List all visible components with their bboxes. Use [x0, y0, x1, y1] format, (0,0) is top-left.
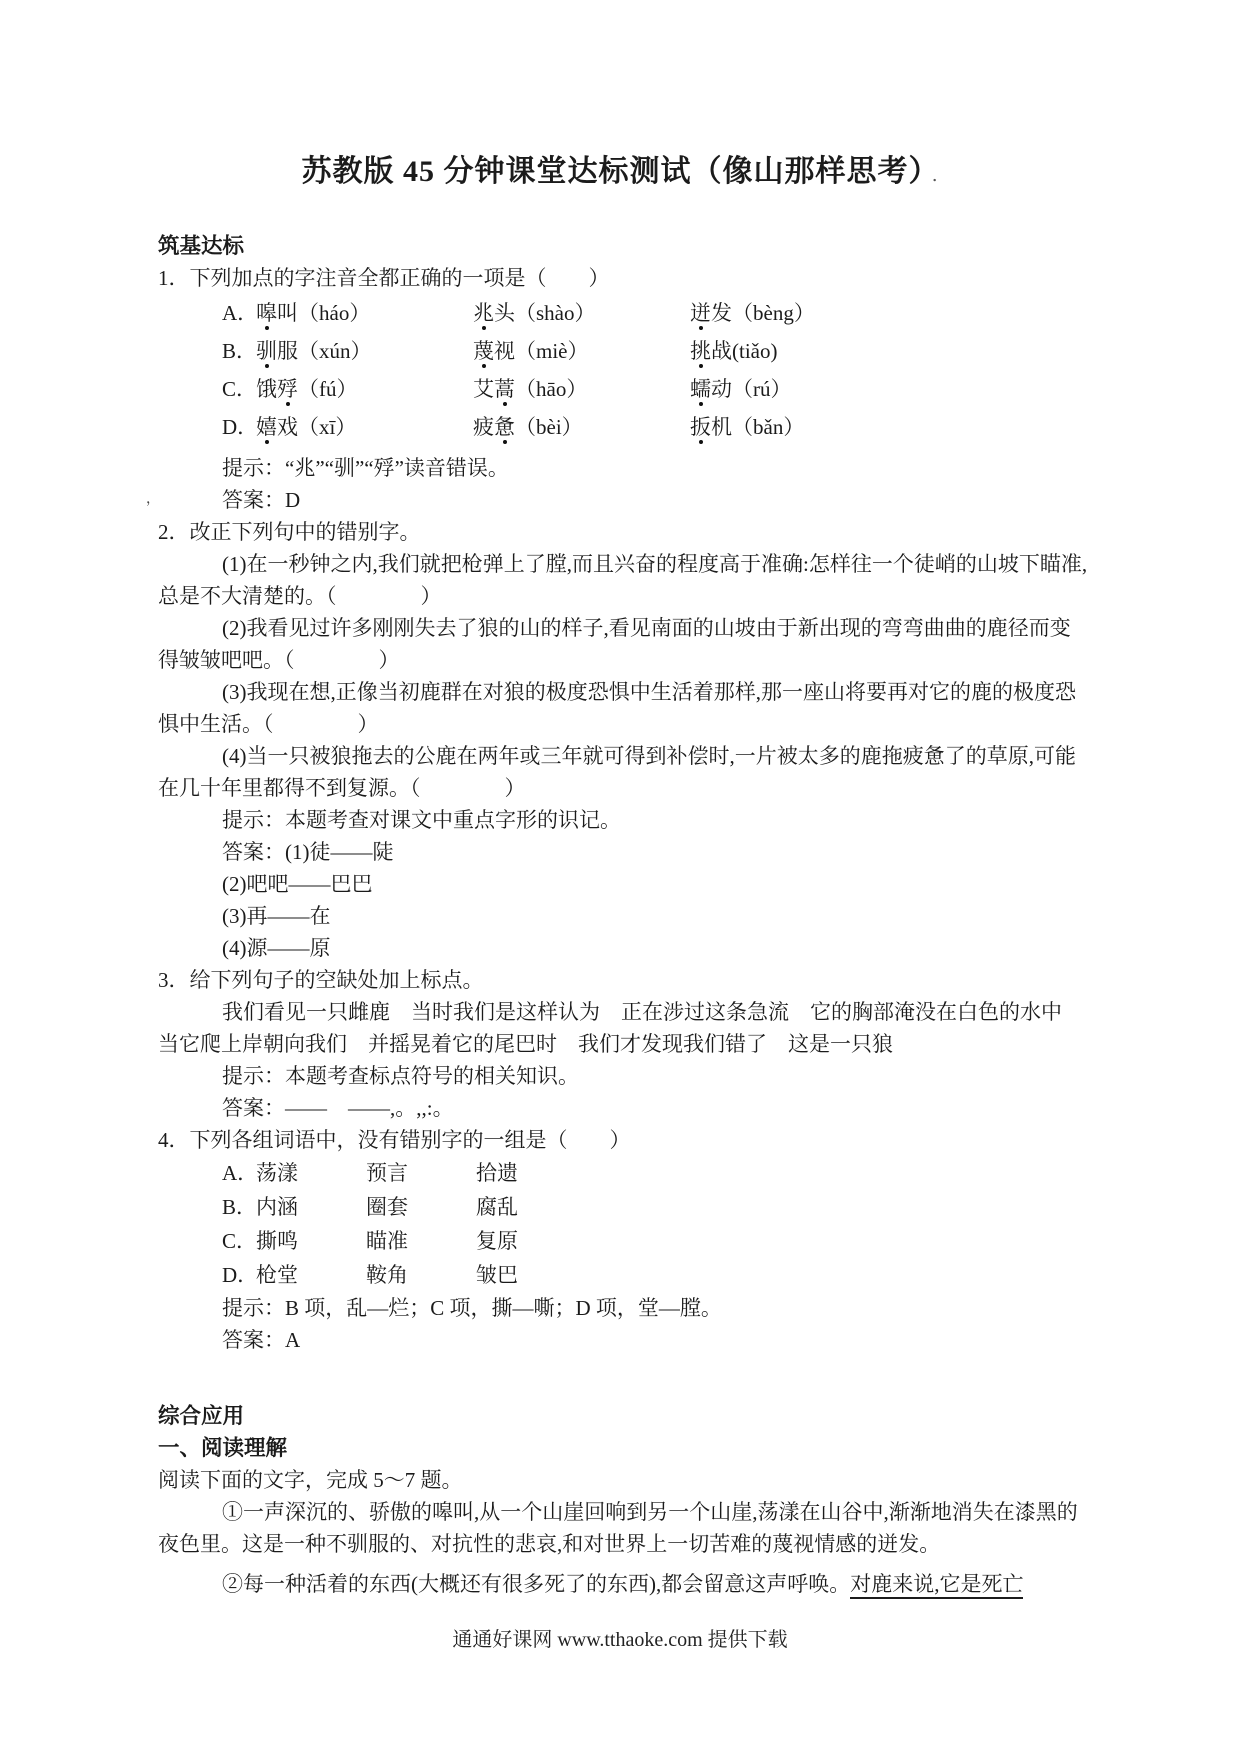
word-pinyin: （xún）	[298, 339, 372, 363]
word-pinyin: （rú）	[732, 377, 792, 401]
dotted-char: 惫	[494, 415, 515, 439]
word-post: 视	[494, 339, 515, 363]
reading-paragraph-1: ①一声深沉的、骄傲的嗥叫,从一个山崖回响到另一个山崖,荡漾在山谷中,渐渐地消失在…	[158, 1496, 1090, 1560]
q2-item-1: (1)在一秒钟之内,我们就把枪弹上了膛,而且兴奋的程度高于准确:怎样往一个徒峭的…	[158, 548, 1090, 612]
option-label: C．	[222, 370, 256, 408]
q4-answer: 答案：A	[158, 1324, 1090, 1356]
option-word: 腐乱	[476, 1190, 586, 1224]
dotted-char: 蔑	[473, 339, 494, 363]
dotted-char: 蠕	[690, 377, 711, 401]
word-post: 头	[494, 301, 515, 325]
page-title: 苏教版 45 分钟课堂达标测试（像山那样思考）．	[158, 150, 1090, 200]
word-pinyin: （fú）	[298, 377, 358, 401]
option-word: 嗥叫（háo）	[256, 294, 473, 332]
option-word: 疲惫（bèi）	[473, 408, 690, 446]
option-label: B．	[222, 332, 256, 370]
option-word: 嬉戏（xī）	[256, 408, 473, 446]
stray-dot: ．	[933, 170, 947, 185]
stray-comma: ，	[146, 484, 160, 516]
word-pinyin: （hāo）	[515, 377, 587, 401]
word-pinyin: （shào）	[515, 301, 596, 325]
word-pinyin: （bǎn）	[732, 415, 804, 439]
option-word: 复原	[476, 1224, 586, 1258]
option-word: 兆头（shào）	[473, 294, 690, 332]
underlined-text: 对鹿来说,它是死亡	[850, 1572, 1023, 1599]
option-word: 艾蒿（hāo）	[473, 370, 690, 408]
q2-stem: 2．改正下列句中的错别字。	[158, 516, 1090, 548]
option-word: 瞄准	[366, 1224, 476, 1258]
word-pinyin: （háo）	[298, 301, 370, 325]
reading-comprehension-heading: 一、阅读理解	[158, 1432, 1090, 1464]
option-label: A．	[222, 294, 256, 332]
q4-option-d: D． 枪堂 鞍角 皱巴	[158, 1258, 1090, 1292]
word-post: 叫	[277, 301, 298, 325]
q3-answer: 答案：—— ——,。,,:。	[158, 1092, 1090, 1124]
word-post: 机	[711, 415, 732, 439]
word-post: 戏	[277, 415, 298, 439]
option-word: 饿殍（fú）	[256, 370, 473, 408]
q3-stem: 3．给下列句子的空缺处加上标点。	[158, 964, 1090, 996]
q2-item-2: (2)我看见过许多刚刚失去了狼的山的样子,看见南面的山坡由于新出现的弯弯曲曲的鹿…	[158, 612, 1090, 676]
q2-hint: 提示：本题考查对课文中重点字形的识记。	[158, 804, 1090, 836]
option-word: 蔑视（miè）	[473, 332, 690, 370]
option-word: 撕鸣	[256, 1224, 366, 1258]
dotted-char: 扳	[690, 415, 711, 439]
option-word: 扳机（bǎn）	[690, 408, 1090, 446]
word-post: 战	[711, 339, 732, 363]
option-label: A．	[222, 1156, 256, 1190]
q1-hint: 提示：“兆”“驯”“殍”读音错误。	[158, 452, 1090, 484]
q4-option-a: A． 荡漾 预言 拾遗	[158, 1156, 1090, 1190]
dotted-char: 殍	[277, 377, 298, 401]
reading-paragraph-2: ②每一种活着的东西(大概还有很多死了的东西),都会留意这声呼唤。对鹿来说,它是死…	[158, 1568, 1090, 1600]
word-pinyin: （bèi）	[515, 415, 583, 439]
q1-options: A． 嗥叫（háo） 兆头（shào） 迸发（bèng） B． 驯服（xún） …	[158, 294, 1090, 446]
option-word: 驯服（xún）	[256, 332, 473, 370]
dotted-char: 驯	[256, 339, 277, 363]
option-word: 预言	[366, 1156, 476, 1190]
word-post: 服	[277, 339, 298, 363]
page-footer: 通通好课网 www.tthaoke.com 提供下载	[0, 1626, 1240, 1654]
word-pinyin: （xī）	[298, 415, 356, 439]
q4-option-b: B． 内涵 圈套 腐乱	[158, 1190, 1090, 1224]
option-label: D．	[222, 1258, 256, 1292]
dotted-char: 迸	[690, 301, 711, 325]
q2-answer-2: (2)吧吧——巴巴	[158, 868, 1090, 900]
q2-item-3: (3)我现在想,正像当初鹿群在对狼的极度恐惧中生活着那样,那一座山将要再对它的鹿…	[158, 676, 1090, 740]
word-pinyin: (tiǎo)	[732, 339, 777, 363]
option-word: 圈套	[366, 1190, 476, 1224]
q1-answer: ，答案：D	[158, 484, 1090, 516]
q4-hint: 提示：B 项，乱—烂；C 项，撕—嘶；D 项，堂—膛。	[158, 1292, 1090, 1324]
option-word: 蠕动（rú）	[690, 370, 1090, 408]
option-word: 鞍角	[366, 1258, 476, 1292]
word-post: 动	[711, 377, 732, 401]
word-pre: 饿	[256, 377, 277, 401]
section-heading-zonghe-yingyong: 综合应用	[158, 1400, 1090, 1432]
q1-option-d: D． 嬉戏（xī） 疲惫（bèi） 扳机（bǎn）	[158, 408, 1090, 446]
option-word: 拾遗	[476, 1156, 586, 1190]
word-pre: 疲	[473, 415, 494, 439]
q4-stem: 4．下列各组词语中，没有错别字的一组是（ ）	[158, 1124, 1090, 1156]
dotted-char: 嬉	[256, 415, 277, 439]
paragraph-2-text: ②每一种活着的东西(大概还有很多死了的东西),都会留意这声呼唤。	[222, 1572, 850, 1596]
dotted-char: 嗥	[256, 301, 277, 325]
q1-option-c: C． 饿殍（fú） 艾蒿（hāo） 蠕动（rú）	[158, 370, 1090, 408]
option-label: D．	[222, 408, 256, 446]
q3-hint: 提示：本题考查标点符号的相关知识。	[158, 1060, 1090, 1092]
document-page: 苏教版 45 分钟课堂达标测试（像山那样思考）． 筑基达标 1．下列加点的字注音…	[0, 0, 1240, 1754]
dotted-char: 兆	[473, 301, 494, 325]
dotted-char: 蒿	[494, 377, 515, 401]
q2-answer-4: (4)源——原	[158, 932, 1090, 964]
q4-option-c: C． 撕鸣 瞄准 复原	[158, 1224, 1090, 1258]
option-word: 枪堂	[256, 1258, 366, 1292]
q2-answer-1: 答案：(1)徒——陡	[158, 836, 1090, 868]
q1-answer-text: 答案：D	[222, 488, 300, 512]
word-post: 发	[711, 301, 732, 325]
q3-passage: 我们看见一只雌鹿 当时我们是这样认为 正在涉过这条急流 它的胸部淹没在白色的水中…	[158, 996, 1090, 1060]
q4-options: A． 荡漾 预言 拾遗 B． 内涵 圈套 腐乱 C． 撕鸣 瞄准 复原 D． 枪…	[158, 1156, 1090, 1292]
page-title-text: 苏教版 45 分钟课堂达标测试（像山那样思考）	[302, 155, 925, 188]
q2-answer-3: (3)再——在	[158, 900, 1090, 932]
dotted-char: 挑	[690, 339, 711, 363]
option-word: 迸发（bèng）	[690, 294, 1090, 332]
q1-option-b: B． 驯服（xún） 蔑视（miè） 挑战(tiǎo)	[158, 332, 1090, 370]
option-label: B．	[222, 1190, 256, 1224]
section-heading-zhuji-dabiao: 筑基达标	[158, 230, 1090, 262]
option-label: C．	[222, 1224, 256, 1258]
word-pinyin: （miè）	[515, 339, 589, 363]
word-pre: 艾	[473, 377, 494, 401]
option-word: 荡漾	[256, 1156, 366, 1190]
reading-intro: 阅读下面的文字，完成 5～7 题。	[158, 1464, 1090, 1496]
word-pinyin: （bèng）	[732, 301, 815, 325]
q1-option-a: A． 嗥叫（háo） 兆头（shào） 迸发（bèng）	[158, 294, 1090, 332]
option-word: 皱巴	[476, 1258, 586, 1292]
option-word: 挑战(tiǎo)	[690, 332, 1090, 370]
document-content: 苏教版 45 分钟课堂达标测试（像山那样思考）． 筑基达标 1．下列加点的字注音…	[158, 150, 1090, 1600]
q1-stem: 1．下列加点的字注音全都正确的一项是（ ）	[158, 262, 1090, 294]
q2-item-4: (4)当一只被狼拖去的公鹿在两年或三年就可得到补偿时,一片被太多的鹿拖疲惫了的草…	[158, 740, 1090, 804]
option-word: 内涵	[256, 1190, 366, 1224]
